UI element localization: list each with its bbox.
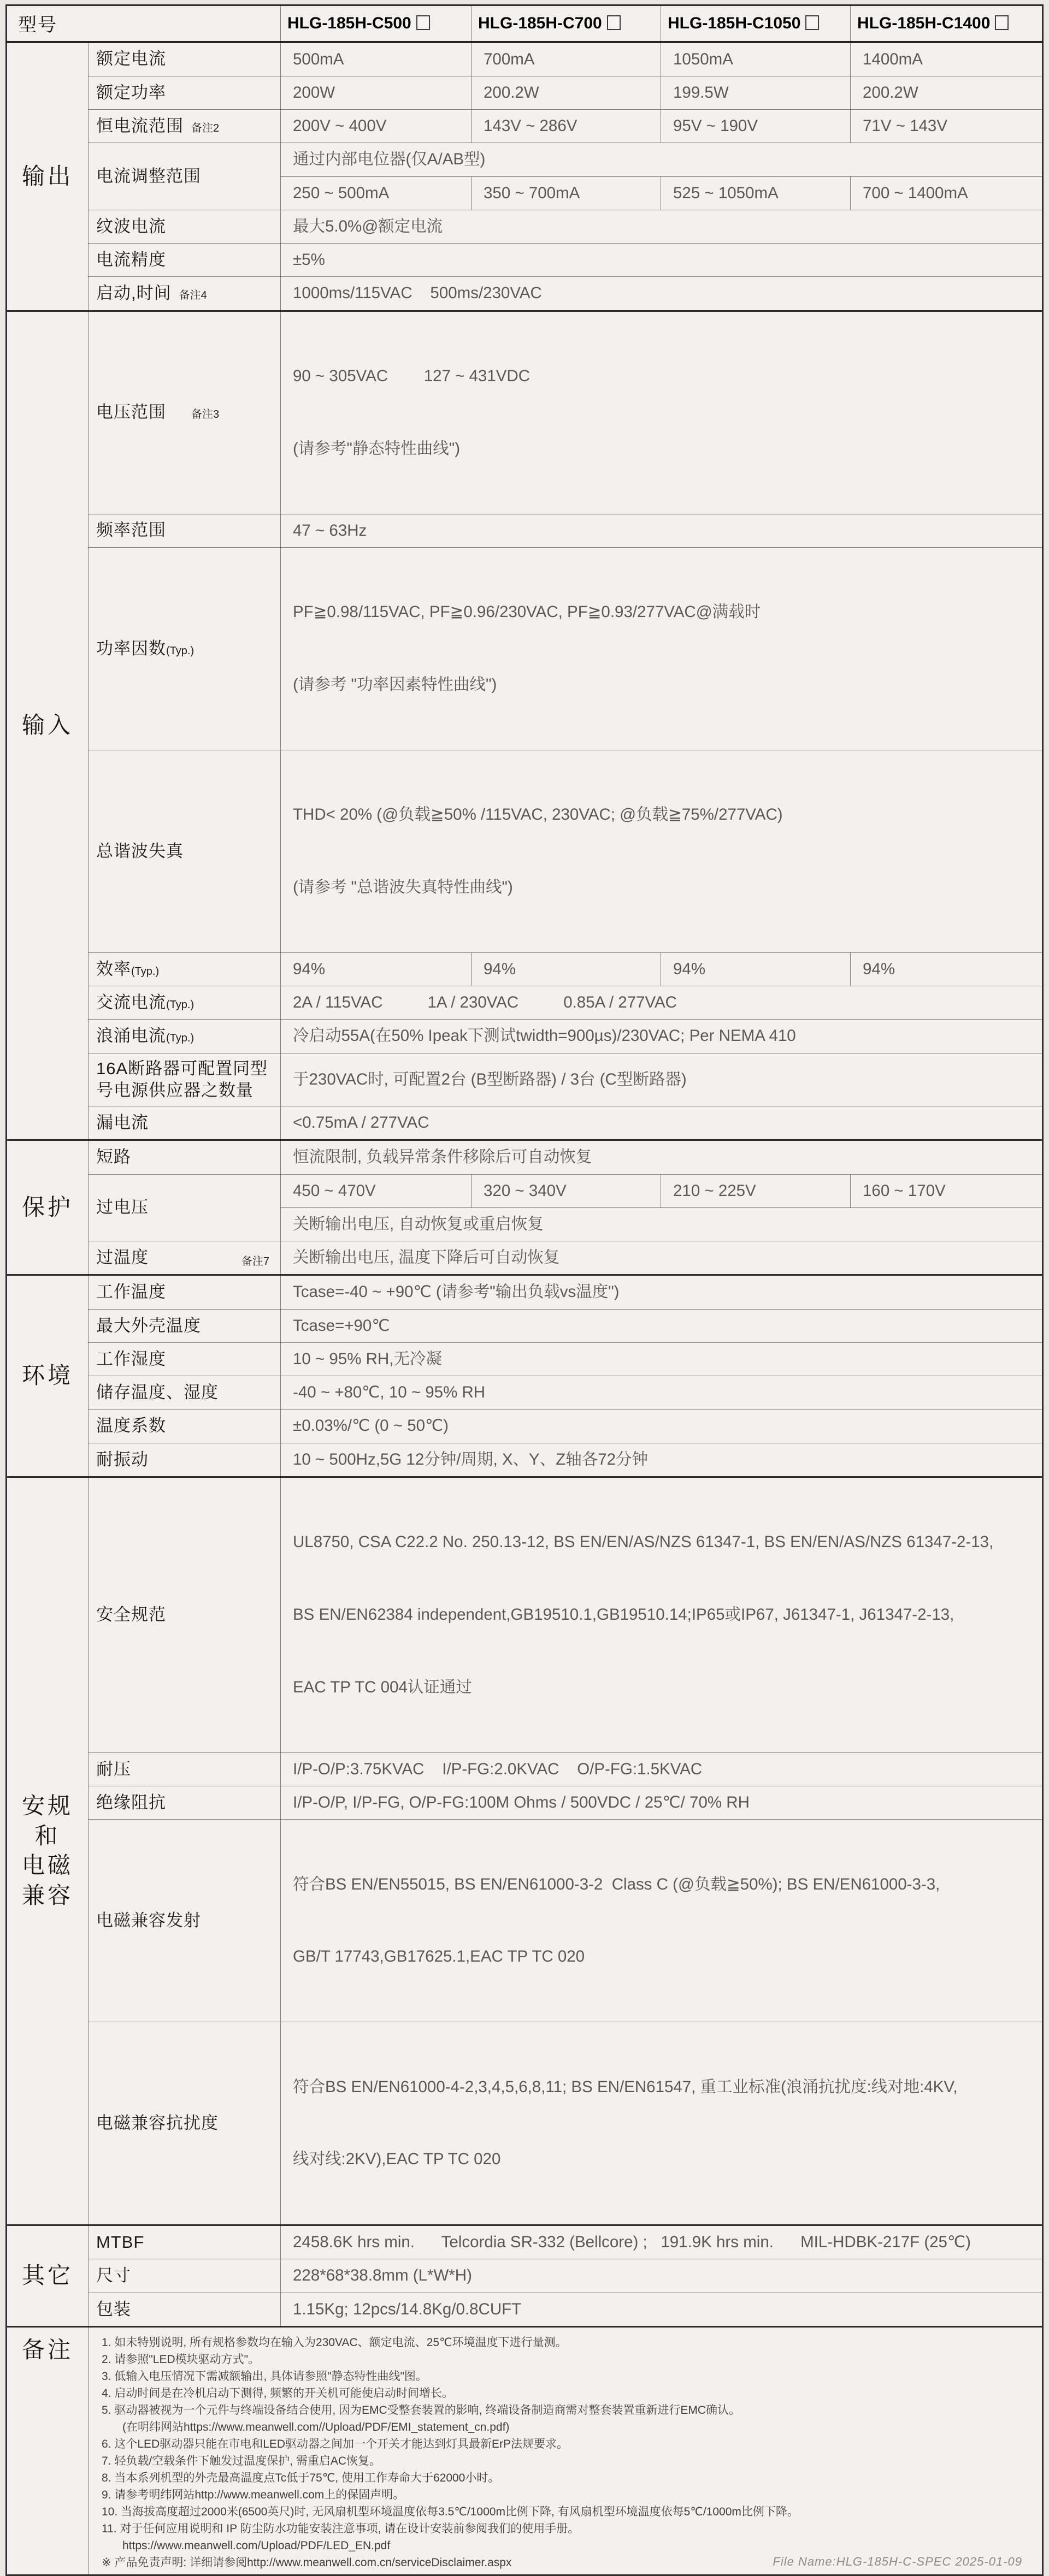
current-adjust-range-value: 525 ~ 1050mA — [661, 176, 851, 210]
section-title-environment: 环境 — [7, 1275, 89, 1477]
max-case-temp-label: 最大外壳温度 — [89, 1309, 281, 1342]
note-item: 6. 这个LED驱动器只能在市电和LED驱动器之间加一个开关才能达到灯具最新Er… — [102, 2436, 1031, 2453]
over-voltage-value: 210 ~ 225V — [661, 1174, 851, 1207]
withstand-voltage-label: 耐压 — [89, 1752, 281, 1786]
thd-label: 总谐波失真 — [89, 750, 281, 952]
power-factor-value: PF≧0.98/115VAC, PF≧0.96/230VAC, PF≧0.93/… — [281, 547, 1043, 750]
current-adjust-method: 通过内部电位器(仅A/AB型) — [281, 143, 1043, 176]
efficiency-value: 94% — [851, 952, 1043, 986]
temp-coefficient-value: ±0.03%/℃ (0 ~ 50℃) — [281, 1410, 1043, 1443]
rated-power-value: 200.2W — [851, 76, 1043, 109]
typ-suffix: (Typ.) — [166, 999, 194, 1011]
section-title-line: 和 — [7, 1821, 88, 1851]
rated-current-label: 额定电流 — [89, 42, 281, 76]
vibration-value: 10 ~ 500Hz,5G 12分钟/周期, X、Y、Z轴各72分钟 — [281, 1443, 1043, 1477]
model-name: HLG-185H-C500 — [287, 14, 411, 32]
inrush-current-value: 冷启动55A(在50% Ipeak下测试twidth=900µs)/230VAC… — [281, 1020, 1043, 1053]
model-suffix-checkbox-icon — [416, 15, 430, 30]
model-suffix-checkbox-icon — [995, 15, 1009, 30]
model-header-c1400: HLG-185H-C1400 — [851, 5, 1043, 42]
model-name: HLG-185H-C700 — [478, 14, 602, 32]
short-circuit-value: 恒流限制, 负载异常条件移除后可自动恢复 — [281, 1140, 1043, 1174]
safety-standards-label: 安全规范 — [89, 1477, 281, 1752]
spec-table: 型号 HLG-185H-C500 HLG-185H-C700 HLG-185H-… — [5, 4, 1044, 2576]
power-factor-line2: (请参考 "功率因素特性曲线") — [293, 673, 1036, 697]
model-row-label: 型号 — [7, 5, 281, 42]
rated-power-value: 199.5W — [661, 76, 851, 109]
working-humidity-value: 10 ~ 95% RH,无冷凝 — [281, 1342, 1043, 1376]
typ-suffix: (Typ.) — [131, 966, 159, 978]
voltage-range-label: 电压范围备注3 — [89, 311, 281, 514]
voltage-range-line2: (请参考"静态特性曲线") — [293, 437, 1036, 461]
section-title-line: 兼容 — [7, 1881, 88, 1911]
footnote-ref: 备注4 — [179, 289, 207, 301]
note-item: 1. 如未特别说明, 所有规格参数均在输入为230VAC、额定电流、25℃环境温… — [102, 2334, 1031, 2351]
note-item: 3. 低输入电压情况下需减额输出, 具体请参照"静态特性曲线"图。 — [102, 2368, 1031, 2385]
ripple-current-label: 纹波电流 — [89, 210, 281, 243]
ac-current-label: 交流电流(Typ.) — [89, 986, 281, 1020]
safety-standards-line: UL8750, CSA C22.2 No. 250.13-12, BS EN/E… — [293, 1530, 1036, 1554]
file-name-stamp: File Name:HLG-185H-C-SPEC 2025-01-09 — [773, 2555, 1022, 2569]
over-temperature-value: 关断输出电压, 温度下降后可自动恢复 — [281, 1241, 1043, 1275]
inrush-current-label: 浪涌电流(Typ.) — [89, 1020, 281, 1053]
leakage-current-label: 漏电流 — [89, 1106, 281, 1140]
working-temp-label: 工作温度 — [89, 1275, 281, 1309]
max-case-temp-value: Tcase=+90℃ — [281, 1309, 1043, 1342]
safety-standards-line: BS EN/EN62384 independent,GB19510.1,GB19… — [293, 1603, 1036, 1627]
constant-current-region-value: 200V ~ 400V — [281, 110, 472, 143]
notes-content: 1. 如未特别说明, 所有规格参数均在输入为230VAC、额定电流、25℃环境温… — [89, 2326, 1043, 2575]
note-item: 10. 当海拔高度超过2000米(6500英尺)时, 无风扇机型环境温度依每3.… — [102, 2503, 1031, 2520]
note-item: 11. 对于任何应用说明和 IP 防尘防水功能安装注意事项, 请在设计安装前参阅… — [102, 2520, 1031, 2537]
setup-time-label: 启动,时间备注4 — [89, 277, 281, 311]
working-humidity-label: 工作湿度 — [89, 1342, 281, 1376]
dimension-value: 228*68*38.8mm (L*W*H) — [281, 2259, 1043, 2293]
emc-immunity-line: 线对线:2KV),EAC TP TC 020 — [293, 2147, 1036, 2171]
frequency-range-label: 频率范围 — [89, 514, 281, 547]
storage-temp-humidity-label: 储存温度、湿度 — [89, 1376, 281, 1410]
note-item: 9. 请参考明纬网站http://www.meanwell.com上的保固声明。 — [102, 2486, 1031, 2503]
over-voltage-behavior: 关断输出电压, 自动恢复或重启恢复 — [281, 1207, 1043, 1241]
setup-time-value: 1000ms/115VAC 500ms/230VAC — [281, 277, 1043, 311]
current-accuracy-label: 电流精度 — [89, 244, 281, 277]
model-suffix-checkbox-icon — [805, 15, 819, 30]
section-title-line: 安规 — [7, 1791, 88, 1821]
isolation-resistance-label: 绝缘阻抗 — [89, 1786, 281, 1819]
emc-immunity-line: 符合BS EN/EN61000-4-2,3,4,5,6,8,11; BS EN/… — [293, 2075, 1036, 2099]
section-title-output: 输出 — [7, 42, 89, 311]
ripple-current-value: 最大5.0%@额定电流 — [281, 210, 1043, 243]
safety-standards-value: UL8750, CSA C22.2 No. 250.13-12, BS EN/E… — [281, 1477, 1043, 1752]
note-item: 4. 启动时间是在冷机启动下测得, 频繁的开关机可能使启动时间增长。 — [102, 2385, 1031, 2402]
over-voltage-value: 450 ~ 470V — [281, 1174, 472, 1207]
emc-emission-label: 电磁兼容发射 — [89, 1820, 281, 2022]
vibration-label: 耐振动 — [89, 1443, 281, 1477]
typ-suffix: (Typ.) — [166, 1032, 194, 1044]
section-title-safety-emc: 安规 和 电磁 兼容 — [7, 1477, 89, 2225]
rated-current-value: 1050mA — [661, 42, 851, 76]
section-title-notes: 备注 — [7, 2326, 89, 2575]
footnote-ref: 备注7 — [241, 1254, 269, 1269]
over-voltage-value: 320 ~ 340V — [472, 1174, 661, 1207]
emc-emission-value: 符合BS EN/EN55015, BS EN/EN61000-3-2 Class… — [281, 1820, 1043, 2022]
over-voltage-label: 过电压 — [89, 1174, 281, 1241]
emc-immunity-label: 电磁兼容抗扰度 — [89, 2022, 281, 2225]
efficiency-value: 94% — [281, 952, 472, 986]
section-title-protection: 保护 — [7, 1140, 89, 1275]
note-item: 2. 请参照"LED模块驱动方式"。 — [102, 2351, 1031, 2368]
note-item-continuation: (在明纬网站https://www.meanwell.com//Upload/P… — [102, 2419, 1031, 2436]
footnote-ref: 备注3 — [191, 408, 219, 421]
mtbf-label: MTBF — [89, 2225, 281, 2259]
scanned-spec-sheet: { "hdr": { "label": "型号", "models": ["HL… — [0, 0, 1049, 1546]
current-adjust-range-label: 电流调整范围 — [89, 143, 281, 210]
emc-emission-line: GB/T 17743,GB17625.1,EAC TP TC 020 — [293, 1945, 1036, 1969]
over-temperature-label: 备注7过温度 — [89, 1241, 281, 1275]
section-title-others: 其它 — [7, 2225, 89, 2327]
rated-power-label: 额定功率 — [89, 76, 281, 109]
voltage-range-line1: 90 ~ 305VAC 127 ~ 431VDC — [293, 364, 1036, 388]
power-factor-label: 功率因数(Typ.) — [89, 547, 281, 750]
model-suffix-checkbox-icon — [607, 15, 621, 30]
withstand-voltage-value: I/P-O/P:3.75KVAC I/P-FG:2.0KVAC O/P-FG:1… — [281, 1752, 1043, 1786]
efficiency-label: 效率(Typ.) — [89, 952, 281, 986]
constant-current-region-label: 恒电流范围备注2 — [89, 110, 281, 143]
short-circuit-label: 短路 — [89, 1140, 281, 1174]
rated-current-value: 500mA — [281, 42, 472, 76]
typ-suffix: (Typ.) — [166, 645, 194, 657]
constant-current-region-value: 143V ~ 286V — [472, 110, 661, 143]
model-name: HLG-185H-C1400 — [857, 14, 990, 32]
breaker-capacity-label: 16A断路器可配置同型号电源供应器之数量 — [89, 1053, 281, 1106]
dimension-label: 尺寸 — [89, 2259, 281, 2293]
thd-line1: THD< 20% (@负载≧50% /115VAC, 230VAC; @负载≧7… — [293, 803, 1036, 827]
constant-current-region-value: 71V ~ 143V — [851, 110, 1043, 143]
footnote-ref: 备注2 — [191, 122, 219, 134]
model-header-c700: HLG-185H-C700 — [472, 5, 661, 42]
model-name: HLG-185H-C1050 — [668, 14, 800, 32]
rated-power-value: 200.2W — [472, 76, 661, 109]
leakage-current-value: <0.75mA / 277VAC — [281, 1106, 1043, 1140]
power-factor-line1: PF≧0.98/115VAC, PF≧0.96/230VAC, PF≧0.93/… — [293, 600, 1036, 624]
constant-current-region-value: 95V ~ 190V — [661, 110, 851, 143]
voltage-range-value: 90 ~ 305VAC 127 ~ 431VDC (请参考"静态特性曲线") — [281, 311, 1043, 514]
over-voltage-value: 160 ~ 170V — [851, 1174, 1043, 1207]
frequency-range-value: 47 ~ 63Hz — [281, 514, 1043, 547]
mtbf-value: 2458.6K hrs min. Telcordia SR-332 (Bellc… — [281, 2225, 1043, 2259]
safety-standards-line: EAC TP TC 004认证通过 — [293, 1675, 1036, 1699]
current-accuracy-value: ±5% — [281, 244, 1043, 277]
emc-emission-line: 符合BS EN/EN55015, BS EN/EN61000-3-2 Class… — [293, 1873, 1036, 1897]
ac-current-value: 2A / 115VAC 1A / 230VAC 0.85A / 277VAC — [281, 986, 1043, 1020]
current-adjust-range-value: 250 ~ 500mA — [281, 176, 472, 210]
model-header-c500: HLG-185H-C500 — [281, 5, 472, 42]
note-item-continuation: https://www.meanwell.com/Upload/PDF/LED_… — [102, 2537, 1031, 2554]
packing-label: 包装 — [89, 2293, 281, 2326]
efficiency-value: 94% — [472, 952, 661, 986]
rated-current-value: 700mA — [472, 42, 661, 76]
breaker-capacity-value: 于230VAC时, 可配置2台 (B型断路器) / 3台 (C型断路器) — [281, 1053, 1043, 1106]
section-title-line: 电磁 — [7, 1851, 88, 1881]
note-item: 5. 驱动器被视为一个元件与终端设备结合使用, 因为EMC受整套装置的影响, 终… — [102, 2402, 1031, 2419]
thd-line2: (请参考 "总谐波失真特性曲线") — [293, 875, 1036, 899]
rated-current-value: 1400mA — [851, 42, 1043, 76]
note-item: 7. 轻负载/空载条件下触发过温度保护, 需重启AC恢复。 — [102, 2453, 1031, 2470]
note-item: 8. 当本系列机型的外壳最高温度点Tc低于75℃, 使用工作寿命大于62000小… — [102, 2470, 1031, 2486]
current-adjust-range-value: 350 ~ 700mA — [472, 176, 661, 210]
thd-value: THD< 20% (@负载≧50% /115VAC, 230VAC; @负载≧7… — [281, 750, 1043, 952]
model-header-c1050: HLG-185H-C1050 — [661, 5, 851, 42]
packing-value: 1.15Kg; 12pcs/14.8Kg/0.8CUFT — [281, 2293, 1043, 2326]
isolation-resistance-value: I/P-O/P, I/P-FG, O/P-FG:100M Ohms / 500V… — [281, 1786, 1043, 1819]
efficiency-value: 94% — [661, 952, 851, 986]
temp-coefficient-label: 温度系数 — [89, 1410, 281, 1443]
rated-power-value: 200W — [281, 76, 472, 109]
storage-temp-humidity-value: -40 ~ +80℃, 10 ~ 95% RH — [281, 1376, 1043, 1410]
section-title-input: 输入 — [7, 311, 89, 1140]
working-temp-value: Tcase=-40 ~ +90℃ (请参考"输出负载vs温度") — [281, 1275, 1043, 1309]
current-adjust-range-value: 700 ~ 1400mA — [851, 176, 1043, 210]
emc-immunity-value: 符合BS EN/EN61000-4-2,3,4,5,6,8,11; BS EN/… — [281, 2022, 1043, 2225]
